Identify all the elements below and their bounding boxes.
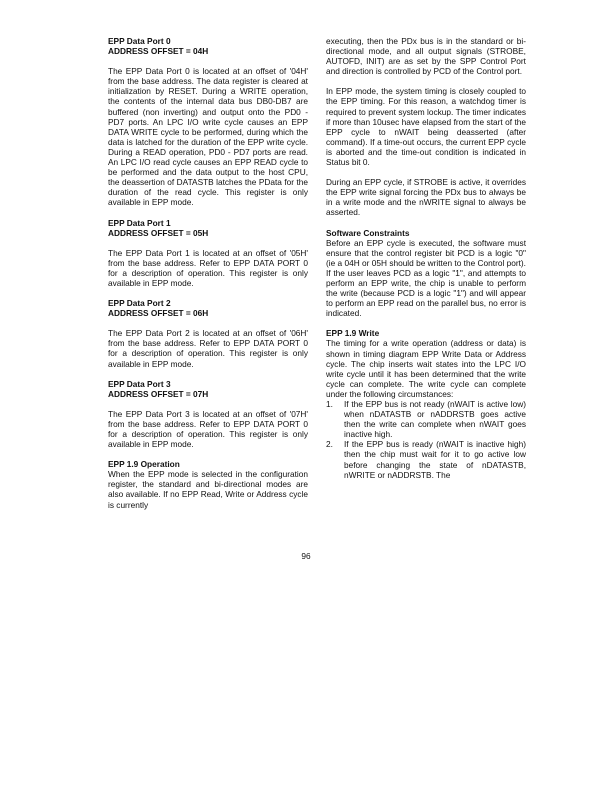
- strobe-paragraph-block: During an EPP cycle, if STROBE is active…: [326, 177, 526, 217]
- section-body: Before an EPP cycle is executed, the sof…: [326, 238, 526, 319]
- left-column: EPP Data Port 0 ADDRESS OFFSET = 04H The…: [108, 36, 308, 510]
- continuation-paragraph-block: executing, then the PDx bus is in the st…: [326, 36, 526, 76]
- section-epp-operation: EPP 1.9 Operation When the EPP mode is s…: [108, 459, 308, 509]
- address-offset: ADDRESS OFFSET = 05H: [108, 228, 308, 238]
- write-conditions-list: 1. If the EPP bus is not ready (nWAIT is…: [326, 399, 526, 480]
- section-epp-data-port-1: EPP Data Port 1 ADDRESS OFFSET = 05H The…: [108, 218, 308, 289]
- section-software-constraints: Software Constraints Before an EPP cycle…: [326, 228, 526, 319]
- timing-paragraph-block: In EPP mode, the system timing is closel…: [326, 86, 526, 167]
- address-offset: ADDRESS OFFSET = 06H: [108, 308, 308, 318]
- section-title: EPP Data Port 0: [108, 36, 308, 46]
- section-body: The timing for a write operation (addres…: [326, 338, 526, 399]
- list-item: 2. If the EPP bus is ready (nWAIT is ina…: [326, 439, 526, 479]
- timing-paragraph: In EPP mode, the system timing is closel…: [326, 86, 526, 167]
- list-number: 1.: [326, 399, 333, 409]
- list-text: If the EPP bus is not ready (nWAIT is ac…: [344, 399, 526, 439]
- document-page: EPP Data Port 0 ADDRESS OFFSET = 04H The…: [0, 0, 612, 792]
- list-text: If the EPP bus is ready (nWAIT is inacti…: [344, 439, 526, 479]
- section-body: The EPP Data Port 2 is located at an off…: [108, 328, 308, 368]
- strobe-paragraph: During an EPP cycle, if STROBE is active…: [326, 177, 526, 217]
- section-epp-write: EPP 1.9 Write The timing for a write ope…: [326, 328, 526, 479]
- section-body: The EPP Data Port 3 is located at an off…: [108, 409, 308, 449]
- right-column: executing, then the PDx bus is in the st…: [326, 36, 526, 480]
- section-epp-data-port-0: EPP Data Port 0 ADDRESS OFFSET = 04H The…: [108, 36, 308, 208]
- list-number: 2.: [326, 439, 333, 449]
- list-item: 1. If the EPP bus is not ready (nWAIT is…: [326, 399, 526, 439]
- page-number: 96: [0, 551, 612, 561]
- section-epp-data-port-3: EPP Data Port 3 ADDRESS OFFSET = 07H The…: [108, 379, 308, 450]
- section-body: The EPP Data Port 1 is located at an off…: [108, 248, 308, 288]
- address-offset: ADDRESS OFFSET = 04H: [108, 46, 308, 56]
- continuation-paragraph: executing, then the PDx bus is in the st…: [326, 36, 526, 76]
- section-title: EPP 1.9 Operation: [108, 459, 308, 469]
- section-epp-data-port-2: EPP Data Port 2 ADDRESS OFFSET = 06H The…: [108, 298, 308, 369]
- section-title: Software Constraints: [326, 228, 526, 238]
- section-body: When the EPP mode is selected in the con…: [108, 469, 308, 509]
- address-offset: ADDRESS OFFSET = 07H: [108, 389, 308, 399]
- section-title: EPP Data Port 3: [108, 379, 308, 389]
- section-title: EPP 1.9 Write: [326, 328, 526, 338]
- section-title: EPP Data Port 2: [108, 298, 308, 308]
- section-title: EPP Data Port 1: [108, 218, 308, 228]
- section-body: The EPP Data Port 0 is located at an off…: [108, 66, 308, 207]
